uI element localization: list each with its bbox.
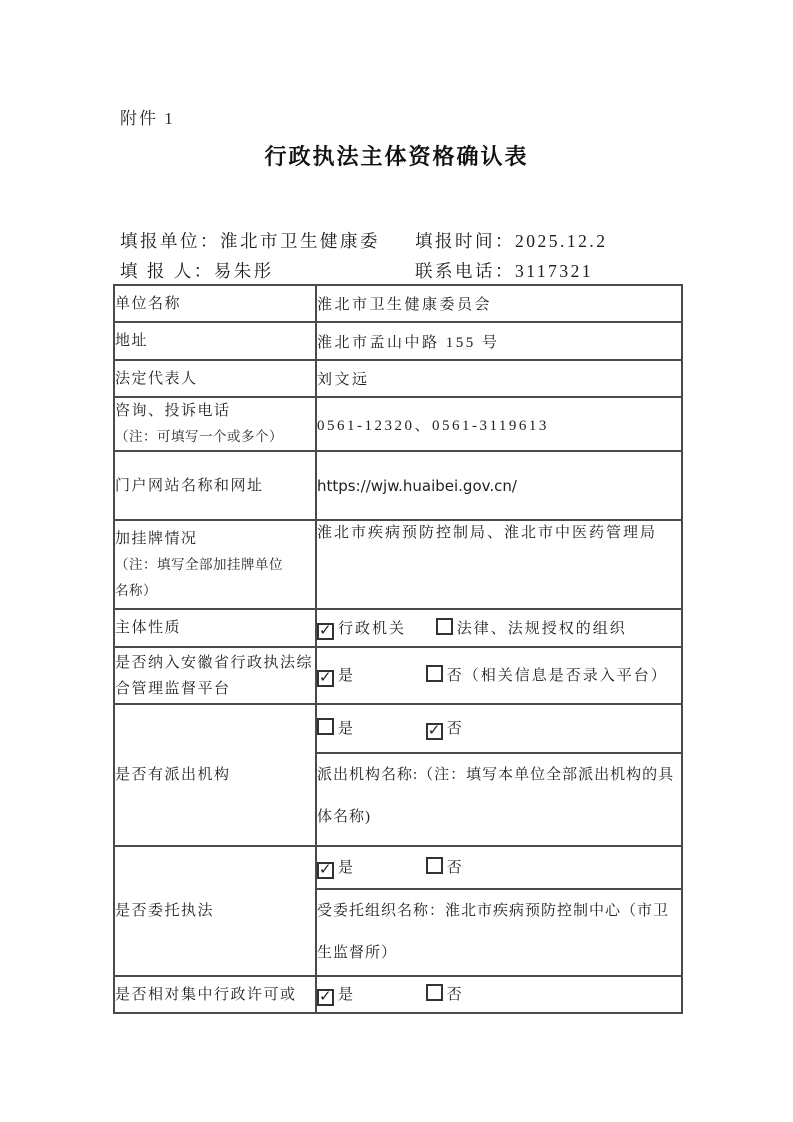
checkbox-icon[interactable]: ✓ [317, 989, 334, 1006]
contact-phone-field: 联系电话：3117321 [415, 256, 700, 286]
checkbox-group: ✓行政机关 法律、法规授权的组织 [316, 609, 682, 647]
checkbox-icon[interactable]: ✓ [317, 670, 334, 687]
checkbox-option: ✓否 [426, 721, 464, 737]
checkbox-option: 是 [317, 717, 420, 738]
field-label: 加挂牌情况 （注：填写全部加挂牌单位名称） [114, 520, 316, 609]
field-label: 地址 [114, 322, 316, 360]
fill-time-label: 填报时间： [415, 231, 515, 251]
checkbox-icon[interactable] [426, 857, 443, 874]
checkbox-group: ✓是 否（相关信息是否录入平台） [316, 647, 682, 704]
field-label-text: 咨询、投诉电话 [115, 403, 231, 419]
field-label: 单位名称 [114, 285, 316, 322]
field-label: 是否相对集中行政许可或 [114, 976, 316, 1013]
field-label: 是否纳入安徽省行政执法综合管理监督平台 [114, 647, 316, 704]
field-label: 主体性质 [114, 609, 316, 647]
table-row-additional-plates: 加挂牌情况 （注：填写全部加挂牌单位名称） 淮北市疾病预防控制局、淮北市中医药管… [114, 520, 682, 609]
attachment-label: 附件 1 [120, 104, 175, 129]
field-label: 是否委托执法 [114, 846, 316, 976]
table-row-phone: 咨询、投诉电话 （注：可填写一个或多个） 0561-12320、0561-311… [114, 397, 682, 451]
fill-time-value: 2025.12.2 [515, 231, 608, 251]
checkbox-option: 否 [426, 860, 464, 876]
fill-unit-value: 淮北市卫生健康委 [220, 231, 380, 251]
checkbox-option-label: 否 [447, 860, 464, 876]
contact-phone-label: 联系电话： [415, 261, 515, 281]
fill-person-field: 填 报 人：易朱彤 [120, 256, 415, 286]
checkbox-option-label: 否 [447, 987, 464, 1003]
fill-time-field: 填报时间：2025.12.2 [415, 226, 700, 256]
checkbox-option-label: 否（相关信息是否录入平台） [447, 668, 668, 684]
field-value: 淮北市疾病预防控制局、淮北市中医药管理局 [316, 520, 682, 609]
checkbox-option-label: 是 [338, 721, 355, 737]
field-label-text: 加挂牌情况 [115, 531, 198, 547]
checkbox-option: ✓行政机关 [317, 617, 430, 640]
checkbox-option: 否 [426, 987, 464, 1003]
checkbox-icon[interactable]: ✓ [317, 862, 334, 879]
checkbox-option: ✓是 [317, 983, 420, 1006]
field-value: 淮北市卫生健康委员会 [316, 285, 682, 322]
table-row-entrusted-enforcement: 是否委托执法 ✓是 否 [114, 846, 682, 889]
checkbox-option: ✓是 [317, 856, 420, 879]
field-label: 是否有派出机构 [114, 704, 316, 846]
fill-unit-label: 填报单位： [120, 231, 220, 251]
table-row-dispatched-agency: 是否有派出机构 是 ✓否 [114, 704, 682, 753]
field-value: 淮北市孟山中路 155 号 [316, 322, 682, 360]
entrusted-org-note: 受委托组织名称：淮北市疾病预防控制中心（市卫生监督所） [316, 889, 682, 976]
table-row-address: 地址 淮北市孟山中路 155 号 [114, 322, 682, 360]
page-title: 行政执法主体资格确认表 [0, 140, 793, 171]
website-url: https://wjw.huaibei.gov.cn/ [316, 451, 682, 520]
field-label: 法定代表人 [114, 360, 316, 397]
confirmation-table: 单位名称 淮北市卫生健康委员会 地址 淮北市孟山中路 155 号 法定代表人 刘… [113, 284, 683, 1014]
checkbox-icon[interactable] [436, 618, 453, 635]
table-row-centralized-licensing: 是否相对集中行政许可或 ✓是 否 [114, 976, 682, 1013]
checkbox-option: ✓是 [317, 664, 420, 687]
fill-person-label: 填 报 人： [120, 261, 214, 281]
checkbox-option-label: 法律、法规授权的组织 [457, 621, 627, 637]
checkbox-option-label: 是 [338, 860, 355, 876]
checkbox-group: ✓是 否 [316, 976, 682, 1013]
table-row-supervision-platform: 是否纳入安徽省行政执法综合管理监督平台 ✓是 否（相关信息是否录入平台） [114, 647, 682, 704]
checkbox-option-label: 是 [338, 987, 355, 1003]
form-header-info: 填报单位：淮北市卫生健康委 填报时间：2025.12.2 填 报 人：易朱彤 联… [120, 226, 700, 286]
checkbox-icon[interactable]: ✓ [317, 623, 334, 640]
field-value: 刘文远 [316, 360, 682, 397]
checkbox-group: 是 ✓否 [316, 704, 682, 753]
field-label: 门户网站名称和网址 [114, 451, 316, 520]
table-row-legal-representative: 法定代表人 刘文远 [114, 360, 682, 397]
field-label-note: （注：填写全部加挂牌单位名称） [115, 552, 291, 604]
field-value: 0561-12320、0561-3119613 [316, 397, 682, 451]
checkbox-option-label: 是 [338, 668, 355, 684]
field-label: 咨询、投诉电话 （注：可填写一个或多个） [114, 397, 316, 451]
table-row-website: 门户网站名称和网址 https://wjw.huaibei.gov.cn/ [114, 451, 682, 520]
fill-person-value: 易朱彤 [214, 261, 274, 281]
checkbox-option-label: 行政机关 [338, 621, 406, 637]
table-row-unit-name: 单位名称 淮北市卫生健康委员会 [114, 285, 682, 322]
document-page: 附件 1 行政执法主体资格确认表 填报单位：淮北市卫生健康委 填报时间：2025… [0, 0, 793, 1122]
fill-unit-field: 填报单位：淮北市卫生健康委 [120, 226, 415, 256]
header-line-2: 填 报 人：易朱彤 联系电话：3117321 [120, 256, 700, 286]
checkbox-icon[interactable] [426, 665, 443, 682]
dispatched-agency-note: 派出机构名称:（注：填写本单位全部派出机构的具体名称) [316, 753, 682, 846]
header-line-1: 填报单位：淮北市卫生健康委 填报时间：2025.12.2 [120, 226, 700, 256]
checkbox-icon[interactable] [317, 718, 334, 735]
checkbox-option-label: 否 [447, 721, 464, 737]
table-row-subject-nature: 主体性质 ✓行政机关 法律、法规授权的组织 [114, 609, 682, 647]
checkbox-option: 法律、法规授权的组织 [436, 621, 627, 637]
field-label-note: （注：可填写一个或多个） [115, 429, 283, 444]
checkbox-option: 否（相关信息是否录入平台） [426, 668, 668, 684]
checkbox-group: ✓是 否 [316, 846, 682, 889]
checkbox-icon[interactable]: ✓ [426, 723, 443, 740]
contact-phone-value: 3117321 [515, 261, 593, 281]
checkbox-icon[interactable] [426, 984, 443, 1001]
